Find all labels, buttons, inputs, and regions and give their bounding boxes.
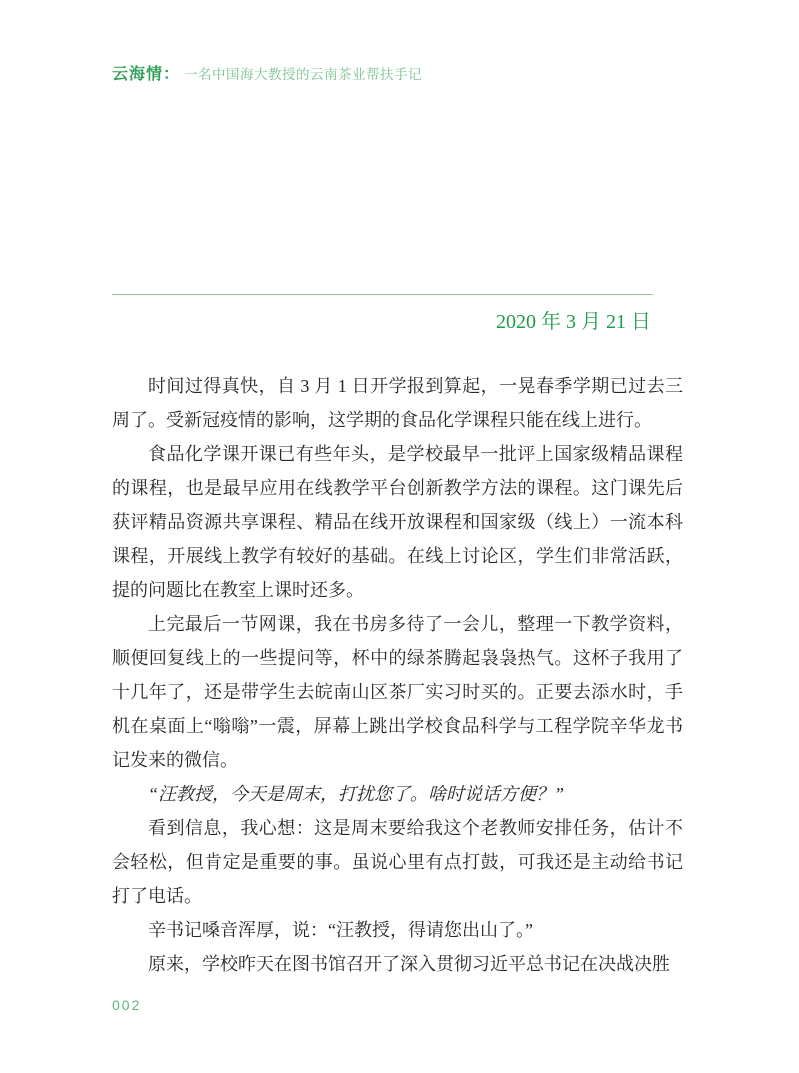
book-title: 云海情： [112, 66, 180, 83]
book-subtitle: 一名中国海大教授的云南茶业帮扶手记 [184, 67, 422, 82]
page-number: 002 [112, 997, 141, 1013]
running-header: 云海情：一名中国海大教授的云南茶业帮扶手记 [112, 61, 422, 84]
paragraph: 食品化学课开课已有些年头，是学校最早一批评上国家级精品课程的课程，也是最早应用在… [112, 437, 683, 607]
paragraph: 看到信息，我心想：这是周末要给我这个老教师安排任务，估计不会轻松，但肯定是重要的… [112, 811, 683, 913]
section-divider-line [112, 294, 653, 295]
paragraph: 辛书记嗓音浑厚，说：“汪教授，得请您出山了。” [112, 913, 683, 947]
body-text: 时间过得真快，自 3 月 1 日开学报到算起，一晃春季学期已过去三周了。受新冠疫… [112, 369, 683, 981]
book-page: 云海情：一名中国海大教授的云南茶业帮扶手记 2020 年 3 月 21 日 时间… [0, 0, 799, 1073]
paragraph-wechat-quote: “汪教授，今天是周末，打扰您了。啥时说话方便？” [112, 777, 683, 811]
entry-date: 2020 年 3 月 21 日 [112, 305, 651, 334]
paragraph: 原来，学校昨天在图书馆召开了深入贯彻习近平总书记在决战决胜 [112, 947, 683, 981]
paragraph: 上完最后一节网课，我在书房多待了一会儿，整理一下教学资料，顺便回复线上的一些提问… [112, 607, 683, 777]
paragraph: 时间过得真快，自 3 月 1 日开学报到算起，一晃春季学期已过去三周了。受新冠疫… [112, 369, 683, 437]
